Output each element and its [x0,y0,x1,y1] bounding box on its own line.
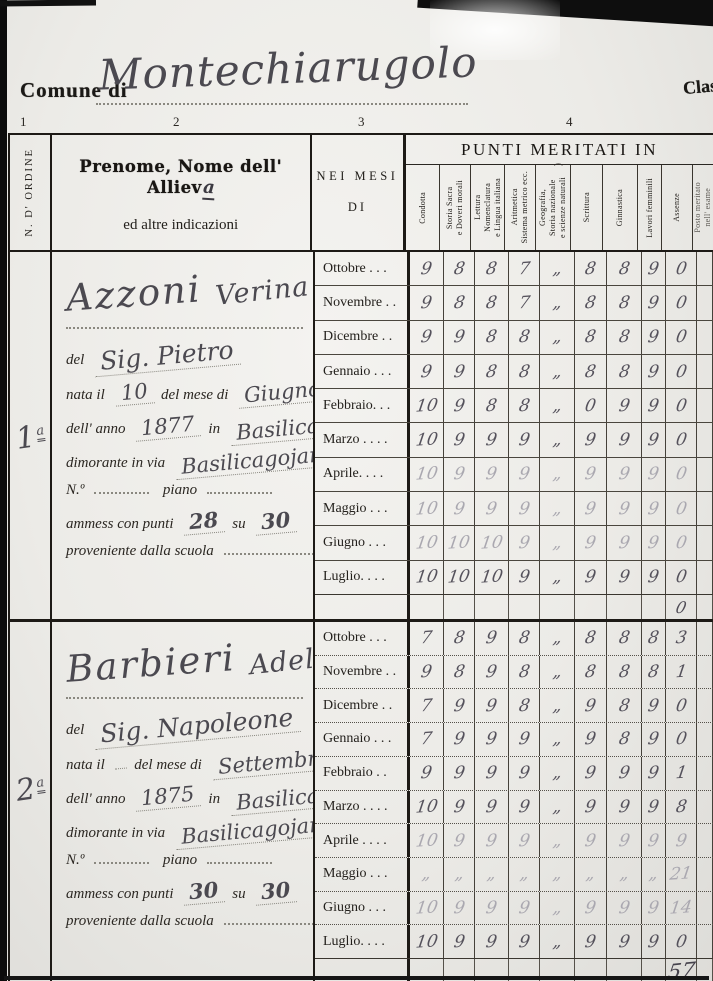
student-name-line: Azzoni Verina [66,272,303,329]
ammess-label: ammess con punti [66,516,174,532]
grade-cell-assenze: 1 [666,656,697,689]
grade-cell-lavori: 9 [642,252,666,285]
ordine-handwritten-number: 1a [13,418,46,457]
month-label: Giugno . . . [315,892,410,925]
student-given-name: Verina [214,271,311,312]
grade-cell-storia-sacra: 8 [444,622,475,655]
birth-line: nata il del mese di Settembre [66,750,305,775]
grade-cell-posto [697,286,713,319]
month-label: Luglio. . . . [315,925,410,958]
grade-cell-aritmetica: 9 [509,492,540,525]
grade-cell-ginnastica: „ [607,858,642,891]
month-row: Novembre . . 9 8 9 8 „ 8 8 8 1 [315,655,713,689]
grade-cell-condotta: 10 [410,824,444,857]
grade-cell-scrittura: „ [575,858,607,891]
mesi-header-line1: NEI MESI [312,169,403,184]
ordine-cell: 1a [10,252,52,619]
grade-cell-lavori: 9 [642,389,666,422]
student-info-cell: Barbieri Adele del Sig. Napoleone nata i… [52,622,315,981]
grade-cell-lettura: 10 [475,526,509,559]
month-label: Ottobre . . . [315,252,410,285]
grade-cell-aritmetica: 8 [509,389,540,422]
student-info-cell: Azzoni Verina del Sig. Pietro nata il 10… [52,252,315,619]
grade-cell-geografia: „ [540,423,575,456]
column-number-4: 4 [566,114,573,130]
grade-cell-scrittura: 9 [575,892,607,925]
grade-cell-ginnastica: 9 [607,492,642,525]
grade-cell-condotta: 9 [410,286,444,319]
birth-day-value: 10 [113,378,154,406]
month-row: Gennaio . . . 9 9 8 8 „ 8 8 9 0 [315,354,713,388]
table-header: N. D' ORDINE Prenome, Nome dell' Allieva… [10,135,713,252]
header-ordine-cell: N. D' ORDINE [10,135,52,250]
grade-cell-assenze: 0 [666,689,697,722]
month-row: Dicembre . . 9 9 8 8 „ 8 8 9 0 [315,320,713,354]
grade-cell-condotta: 10 [410,423,444,456]
grade-cell-assenze: 0 [666,458,697,491]
grade-cell-storia-sacra: 9 [444,492,475,525]
grade-cell-condotta: 7 [410,689,444,722]
total-empty [444,595,475,619]
month-row: Giugno . . . 10 9 9 9 „ 9 9 9 14 [315,891,713,925]
grade-cell-aritmetica: 7 [509,252,540,285]
grade-cell-scrittura: 8 [575,622,607,655]
parent-line: del Sig. Pietro [66,341,305,371]
grade-cell-posto [697,355,713,388]
grade-cell-geografia: „ [540,286,575,319]
grade-cell-ginnastica: 9 [607,458,642,491]
birth-day-value [114,767,126,769]
grade-cell-condotta: 9 [410,252,444,285]
su-label: su [232,886,245,902]
month-label: Febbraio . . [315,757,410,790]
grade-cell-lettura: 9 [475,925,509,958]
grade-cell-storia-sacra: „ [444,858,475,891]
su-label: su [232,516,245,532]
nata-il-label: nata il [66,757,105,773]
proveniente-label: proveniente dalla scuola [66,543,214,559]
subject-headers-row: Condotta Storia Sacra e Doveri morali Le… [406,165,713,250]
numero-piano-line: N.º piano [66,852,305,869]
subject-header-storia-sacra: Storia Sacra e Doveri morali [440,165,471,250]
month-row: Giugno . . . 10 10 10 9 „ 9 9 9 0 [315,525,713,559]
comune-handwritten-value: Montechiarugolo [97,37,478,99]
grade-cell-lettura: 9 [475,656,509,689]
grade-cell-lettura: 9 [475,622,509,655]
piano-label: piano [163,852,197,868]
grade-cell-lettura: 9 [475,492,509,525]
grade-cell-assenze: 0 [666,526,697,559]
subject-header-condotta: Condotta [406,165,440,250]
total-empty [697,595,713,619]
grade-cell-scrittura: 0 [575,389,607,422]
del-label: del [66,722,84,738]
grade-cell-aritmetica: 9 [509,824,540,857]
month-label: Aprile. . . . [315,458,410,491]
grade-cell-ginnastica: 8 [607,622,642,655]
month-label: Marzo . . . . [315,423,410,456]
month-label: Maggio . . . [315,858,410,891]
numero-label: N.º [66,482,84,498]
column-number-1: 1 [20,114,27,130]
grade-cell-geografia: „ [540,561,575,594]
del-label: del [66,352,84,368]
grade-cell-geografia: „ [540,656,575,689]
ordine-cell: 2a [10,622,52,981]
grade-cell-posto [697,858,713,891]
grade-cell-ginnastica: 9 [607,423,642,456]
birth-month-value: Settembre [211,745,315,781]
grade-cell-scrittura: 9 [575,791,607,824]
grade-cell-storia-sacra: 9 [444,355,475,388]
grade-cell-assenze: 0 [666,925,697,958]
punti-line: ammess con punti 30 su 30 [66,878,305,904]
grade-cell-condotta: 7 [410,622,444,655]
parent-value: Sig. Napoleone [93,702,300,750]
parent-line: del Sig. Napoleone [66,711,305,741]
month-label: Ottobre . . . [315,622,410,655]
year-line: dell' anno 1875 in Basilicagojano [66,784,305,809]
grade-cell-posto [697,321,713,354]
grade-cell-lavori: 9 [642,892,666,925]
grade-cell-lavori: 9 [642,423,666,456]
total-assenze-cell: 0 [666,595,697,619]
grade-cell-lavori: 9 [642,561,666,594]
grade-cell-aritmetica: 8 [509,355,540,388]
grade-cell-geografia: „ [540,824,575,857]
ammess-label: ammess con punti [66,886,174,902]
month-label: Novembre . . [315,286,410,319]
scan-artifact [0,0,96,7]
grade-cell-lavori: 8 [642,656,666,689]
grade-cell-lavori: 9 [642,286,666,319]
grade-cell-lavori: 9 [642,355,666,388]
grade-cell-posto [697,458,713,491]
punti-max-value: 30 [254,506,297,535]
grade-cell-assenze: 21 [666,858,697,891]
grade-cell-lettura: 8 [475,389,509,422]
scan-bottom-line [4,976,709,980]
student-record-1: 1a Azzoni Verina del Sig. Pietro nata il… [10,252,713,619]
dimorante-label: dimorante in via [66,825,165,841]
header-name-cell: Prenome, Nome dell' Allieva ed altre ind… [52,135,312,250]
grade-cell-scrittura: 9 [575,757,607,790]
grade-cell-storia-sacra: 10 [444,526,475,559]
month-row: Dicembre . . 7 9 9 8 „ 9 8 9 0 [315,688,713,722]
grade-cell-lettura: 9 [475,757,509,790]
scuola-blank [224,543,316,555]
grade-cell-ginnastica: 9 [607,925,642,958]
grade-cell-aritmetica: 8 [509,622,540,655]
grade-cell-ginnastica: 8 [607,656,642,689]
dimorante-label: dimorante in via [66,455,165,471]
grade-cell-aritmetica: 9 [509,925,540,958]
grade-cell-storia-sacra: 9 [444,321,475,354]
month-row: Luglio. . . . 10 10 10 9 „ 9 9 9 0 [315,560,713,594]
punti-value: 28 [182,506,225,535]
grade-cell-condotta: 10 [410,389,444,422]
grade-cell-assenze: 1 [666,757,697,790]
grade-cell-assenze: 0 [666,423,697,456]
grade-cell-condotta: 9 [410,355,444,388]
subject-header-geografia: Geografia, Storia nazionale e scienze na… [536,165,571,250]
grade-cell-ginnastica: 9 [607,791,642,824]
grade-cell-geografia: „ [540,723,575,756]
grade-cell-geografia: „ [540,458,575,491]
grade-cell-scrittura: 8 [575,286,607,319]
del-mese-label: del mese di [134,757,201,773]
grade-cell-storia-sacra: 8 [444,286,475,319]
grade-cell-lavori: 9 [642,321,666,354]
total-empty [509,595,540,619]
grade-cell-lettura: 9 [475,791,509,824]
month-label: Gennaio . . . [315,723,410,756]
grade-cell-condotta: 10 [410,492,444,525]
student-given-name: Adele [248,642,315,681]
grade-cell-ginnastica: 8 [607,286,642,319]
grade-cell-posto [697,723,713,756]
grade-cell-posto [697,892,713,925]
grade-cell-storia-sacra: 9 [444,389,475,422]
anno-label: dell' anno [66,421,125,437]
grade-cell-condotta: 10 [410,458,444,491]
grade-cell-assenze: 0 [666,355,697,388]
month-rows: Ottobre . . . 7 8 9 8 „ 8 8 8 3 Novembre… [315,622,713,958]
month-row: Novembre . . 9 8 8 7 „ 8 8 9 0 [315,285,713,319]
grade-cell-scrittura: 9 [575,526,607,559]
grade-cell-condotta: 10 [410,561,444,594]
grade-cell-aritmetica: 9 [509,791,540,824]
month-row: Febbraio . . 9 9 9 9 „ 9 9 9 1 [315,756,713,790]
subject-header-ginnastica: Ginnastica [603,165,638,250]
grade-cell-assenze: 0 [666,321,697,354]
grade-cell-aritmetica: „ [509,858,540,891]
grade-cell-aritmetica: 9 [509,723,540,756]
month-label: Aprile . . . . [315,824,410,857]
grade-cell-assenze: 3 [666,622,697,655]
grade-cell-posto [697,526,713,559]
grade-cell-geografia: „ [540,757,575,790]
month-row: Gennaio . . . 7 9 9 9 „ 9 8 9 0 [315,722,713,756]
grade-cell-ginnastica: 9 [607,757,642,790]
ordine-header-label: N. D' ORDINE [24,148,35,237]
numero-piano-line: N.º piano [66,482,305,499]
grade-cell-storia-sacra: 9 [444,925,475,958]
grade-cell-ginnastica: 9 [607,892,642,925]
grade-cell-condotta: 10 [410,526,444,559]
column-number-2: 2 [173,114,180,130]
grade-cell-ginnastica: 9 [607,824,642,857]
grade-cell-assenze: 8 [666,791,697,824]
month-label: Dicembre . . [315,689,410,722]
grade-cell-geografia: „ [540,526,575,559]
subject-header-aritmetica: Aritmetica Sistema metrico ecc. [505,165,536,250]
grade-cell-geografia: „ [540,689,575,722]
grade-cell-aritmetica: 9 [509,757,540,790]
birth-month-value: Giugno [237,376,315,409]
student-surname: Azzoni [65,267,203,319]
month-rows: Ottobre . . . 9 8 8 7 „ 8 8 9 0 Novembre… [315,252,713,594]
month-label: Marzo . . . . [315,791,410,824]
grade-cell-lavori: 9 [642,458,666,491]
grade-cell-posto [697,791,713,824]
grade-cell-lavori: 9 [642,689,666,722]
total-empty [540,595,575,619]
grade-cell-scrittura: 8 [575,321,607,354]
total-empty [642,595,666,619]
classe-label: Classe [682,74,713,99]
total-empty [575,595,607,619]
grade-cell-scrittura: 9 [575,824,607,857]
grade-cell-scrittura: 8 [575,355,607,388]
grade-cell-assenze: 0 [666,723,697,756]
grade-cell-ginnastica: 8 [607,355,642,388]
header-punti-group: PUNTI MERITATI IN ⌢ Condotta Storia Sacr… [406,135,713,250]
student-record-2: 2a Barbieri Adele del Sig. Napoleone nat… [10,619,713,981]
grade-cell-scrittura: 9 [575,492,607,525]
name-header-title: Prenome, Nome dell' Alliev [79,157,282,197]
ordine-handwritten-number: 2a [13,770,46,809]
piano-blank [207,482,272,494]
grade-cell-lavori: 9 [642,723,666,756]
grade-cell-storia-sacra: 9 [444,892,475,925]
grade-cell-aritmetica: 8 [509,656,540,689]
grade-cell-scrittura: 9 [575,423,607,456]
grade-cell-posto [697,757,713,790]
subject-header-lettura: Lettura Nomenclatura e Lingua italiana [471,165,505,250]
grade-cell-storia-sacra: 9 [444,791,475,824]
scuola-line: proveniente dalla scuola [66,543,305,560]
month-row: Ottobre . . . 9 8 8 7 „ 8 8 9 0 [315,252,713,285]
birth-place-value: Basilicagojano [229,407,315,446]
grade-cell-storia-sacra: 9 [444,423,475,456]
grade-cell-aritmetica: 7 [509,286,540,319]
punti-line: ammess con punti 28 su 30 [66,508,305,534]
grade-cell-storia-sacra: 9 [444,723,475,756]
grade-cell-lettura: 9 [475,824,509,857]
grade-cell-storia-sacra: 9 [444,689,475,722]
grades-area: Ottobre . . . 7 8 9 8 „ 8 8 8 3 Novembre… [315,622,713,981]
birth-year-value: 1877 [134,411,201,442]
month-row: Luglio. . . . 10 9 9 9 „ 9 9 9 0 [315,924,713,958]
total-row: 0 [315,594,713,619]
month-row: Aprile. . . . 10 9 9 9 „ 9 9 9 0 [315,457,713,491]
grade-cell-geografia: „ [540,492,575,525]
grade-cell-lavori: 9 [642,526,666,559]
birth-place-value: Basilicagojano [229,777,315,816]
grade-cell-condotta: „ [410,858,444,891]
grade-cell-posto [697,622,713,655]
column-number-3: 3 [358,114,365,130]
grade-cell-geografia: „ [540,389,575,422]
grade-cell-geografia: „ [540,355,575,388]
punti-max-value: 30 [254,876,297,905]
mesi-header-line2: DI [312,200,403,215]
grade-cell-posto [697,561,713,594]
name-header-subtitle: ed altre indicazioni [52,217,310,234]
month-label: Giugno . . . [315,526,410,559]
grade-cell-lettura: 9 [475,892,509,925]
grade-cell-scrittura: 9 [575,458,607,491]
brace-decoration: ⌢ [553,157,565,172]
grade-cell-posto [697,252,713,285]
grade-cell-lavori: 9 [642,791,666,824]
grade-cell-storia-sacra: 10 [444,561,475,594]
grade-cell-lettura: 8 [475,286,509,319]
grade-cell-assenze: 0 [666,286,697,319]
grade-cell-posto [697,492,713,525]
subject-header-assenze: Assenze [662,165,693,250]
grades-area: Ottobre . . . 9 8 8 7 „ 8 8 9 0 Novembre… [315,252,713,619]
grade-cell-aritmetica: 9 [509,526,540,559]
street-line: dimorante in via Basilicagojano [66,818,305,843]
header-mesi-cell: NEI MESI DI [312,135,406,250]
grade-cell-lettura: 8 [475,321,509,354]
month-row: Maggio . . . 10 9 9 9 „ 9 9 9 0 [315,491,713,525]
grade-cell-condotta: 10 [410,925,444,958]
name-header-handwritten-correction: a [202,177,215,201]
grade-cell-geografia: „ [540,252,575,285]
month-row: Marzo . . . . 10 9 9 9 „ 9 9 9 8 [315,790,713,824]
grade-cell-scrittura: 8 [575,656,607,689]
year-line: dell' anno 1877 in Basilicagojano [66,414,305,439]
student-surname: Barbieri [65,636,237,691]
punti-title-band: PUNTI MERITATI IN ⌢ [406,135,713,165]
grade-cell-lavori: 9 [642,925,666,958]
parent-value: Sig. Pietro [93,335,241,378]
grade-cell-posto [697,824,713,857]
month-row: Maggio . . . „ „ „ „ „ „ „ „ 21 [315,857,713,891]
grade-cell-scrittura: 9 [575,561,607,594]
grade-cell-assenze: 0 [666,252,697,285]
month-label: Luglio. . . . [315,561,410,594]
month-label: Maggio . . . [315,492,410,525]
grade-cell-aritmetica: 8 [509,321,540,354]
birth-year-value: 1875 [134,781,201,812]
grade-cell-ginnastica: 8 [607,252,642,285]
grade-cell-posto [697,925,713,958]
subject-header-scrittura: Scrittura [571,165,603,250]
in-label: in [208,421,220,437]
grade-cell-storia-sacra: 9 [444,824,475,857]
grade-cell-scrittura: 8 [575,252,607,285]
numero-blank [94,852,149,864]
grade-cell-condotta: 10 [410,892,444,925]
grade-cell-condotta: 7 [410,723,444,756]
grade-cell-storia-sacra: 9 [444,757,475,790]
total-label-empty [315,595,410,619]
student-name-line: Barbieri Adele [66,642,303,699]
month-label: Gennaio . . . [315,355,410,388]
month-row: Marzo . . . . 10 9 9 9 „ 9 9 9 0 [315,422,713,456]
scan-edge-strip [0,0,7,981]
grade-cell-assenze: 0 [666,389,697,422]
grade-cell-aritmetica: 9 [509,892,540,925]
grade-cell-storia-sacra: 9 [444,458,475,491]
grade-cell-geografia: „ [540,925,575,958]
street-value: Basilicagojano [174,811,315,850]
grade-cell-aritmetica: 9 [509,423,540,456]
grade-cell-scrittura: 9 [575,723,607,756]
grade-cell-lettura: 9 [475,689,509,722]
grade-cell-scrittura: 9 [575,689,607,722]
grade-cell-lettura: 8 [475,355,509,388]
proveniente-label: proveniente dalla scuola [66,913,214,929]
grade-cell-condotta: 9 [410,321,444,354]
month-label: Novembre . . [315,656,410,689]
total-empty [607,595,642,619]
grade-cell-ginnastica: 8 [607,723,642,756]
